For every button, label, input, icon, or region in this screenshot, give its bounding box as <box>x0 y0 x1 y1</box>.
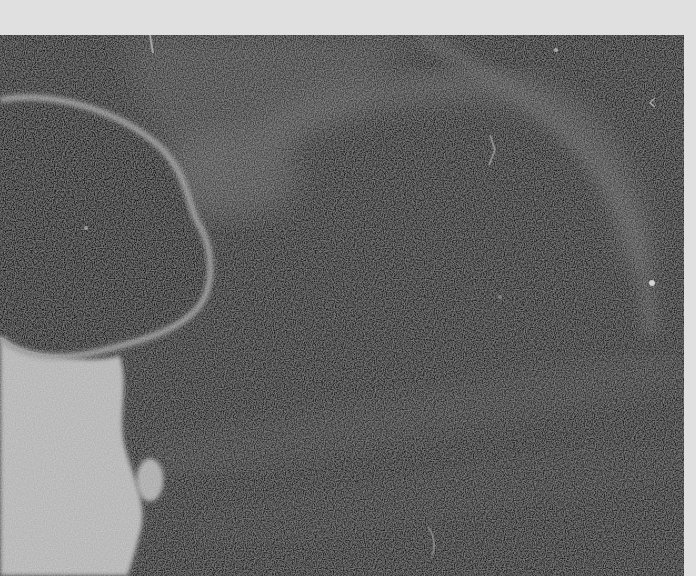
scanned-photo-page <box>0 0 696 576</box>
photo-illustration <box>0 35 684 576</box>
photograph <box>0 35 684 576</box>
